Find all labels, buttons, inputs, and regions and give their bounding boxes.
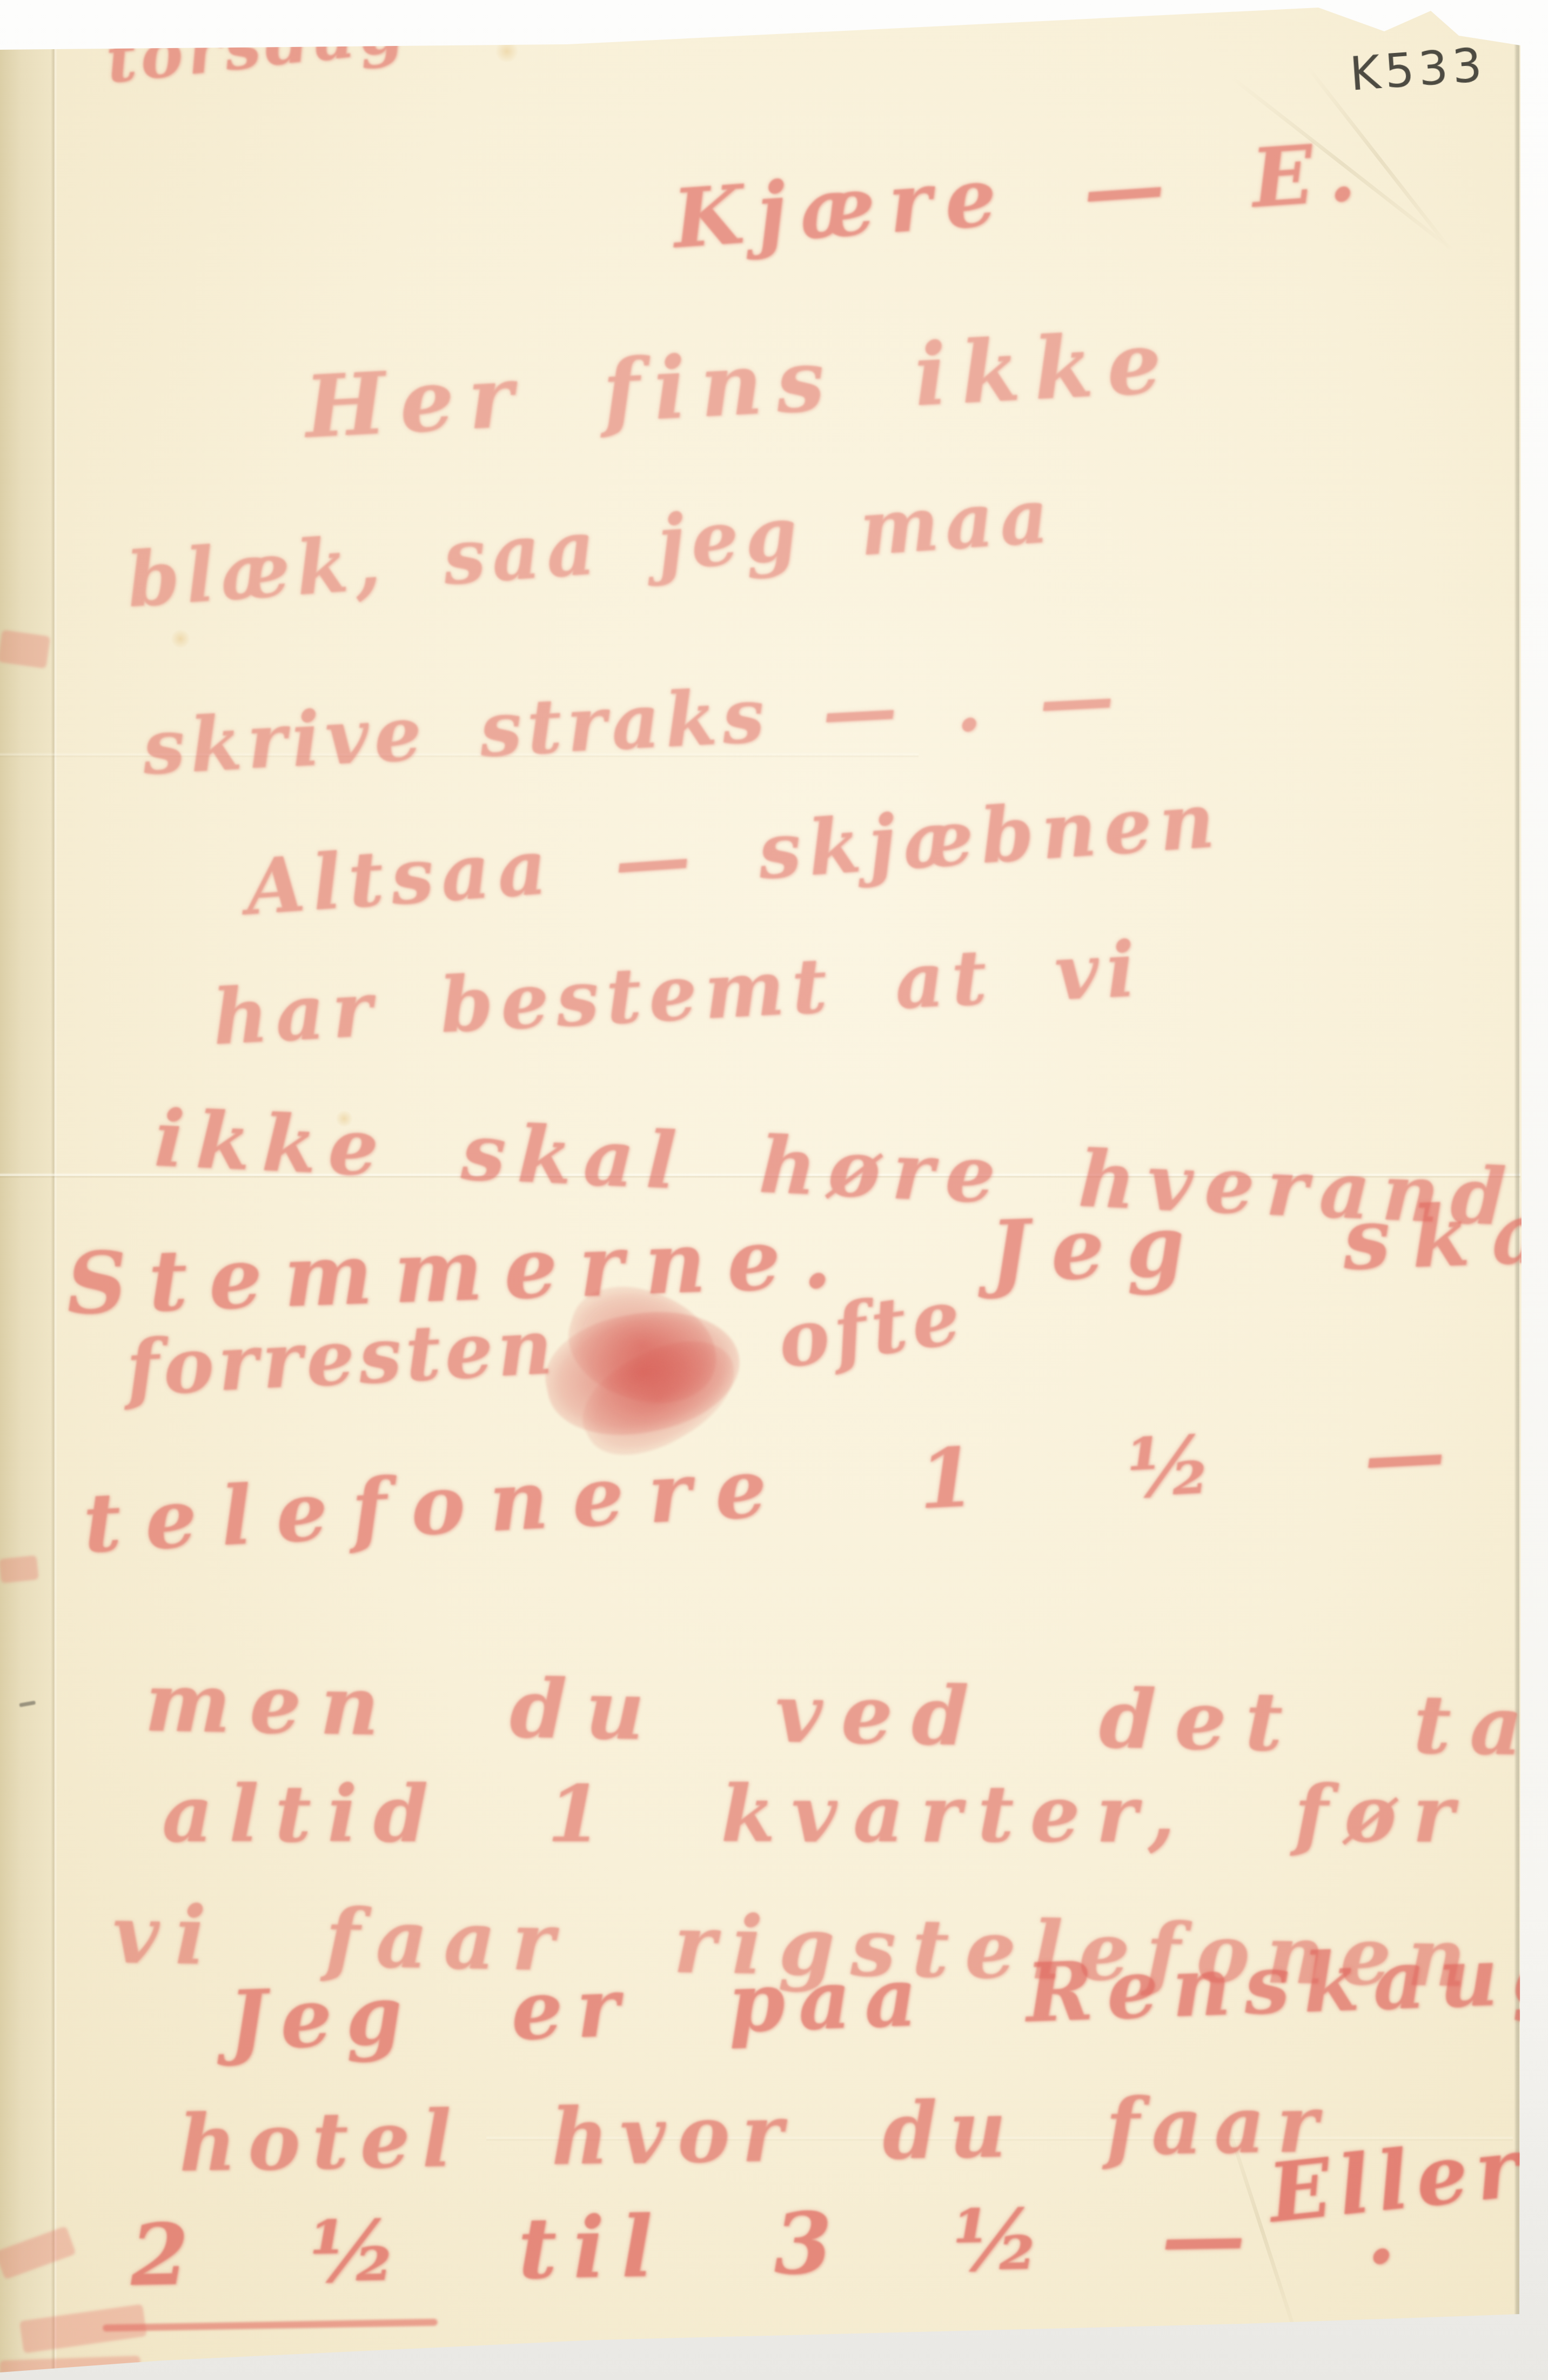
- handwritten-line-2: Kjære — E.: [670, 123, 1372, 267]
- handwritten-line-6: Altsaa — skjæbnen: [243, 776, 1225, 933]
- handwritten-line-4: blæk, saa jeg maa: [124, 471, 1057, 624]
- scanned-letter: K533 torsdag Kjære — E. Her fins ikke bl…: [0, 0, 1548, 2380]
- underline-flourish: [103, 2319, 438, 2332]
- handwritten-line-1: torsdag: [103, 0, 411, 97]
- letter-paper: K533 torsdag Kjære — E. Her fins ikke bl…: [0, 0, 1548, 2380]
- crossed-out-word: [546, 1292, 762, 1470]
- handwritten-line-3: Her fins ikke: [303, 312, 1178, 458]
- paper-stain: [494, 41, 519, 62]
- handwritten-line-5: skrive straks — . —: [140, 652, 1122, 791]
- paper-stain: [170, 630, 191, 648]
- handwritten-line-7: har bestemt at vi: [211, 925, 1145, 1062]
- ink-fragment: [0, 630, 50, 668]
- handwritten-line-16: hotel hvor du faar: [178, 2078, 1331, 2190]
- ink-fragment: [0, 2356, 140, 2380]
- ink-fragment: [0, 1555, 39, 1583]
- vertical-fold-crease: [51, 0, 57, 2380]
- handwritten-line-12: men du ved det tar: [144, 1655, 1548, 1775]
- handwritten-line-17: 2 ½ til 3 ½ — .: [130, 2184, 1412, 2305]
- archival-number: K533: [1348, 38, 1488, 101]
- handwritten-line-11: telefonere 1 ½ —: [81, 1404, 1472, 1572]
- handwritten-line-13: altid 1 kvarter, før: [162, 1768, 1470, 1860]
- under-sheet-edge: [0, 16, 54, 2380]
